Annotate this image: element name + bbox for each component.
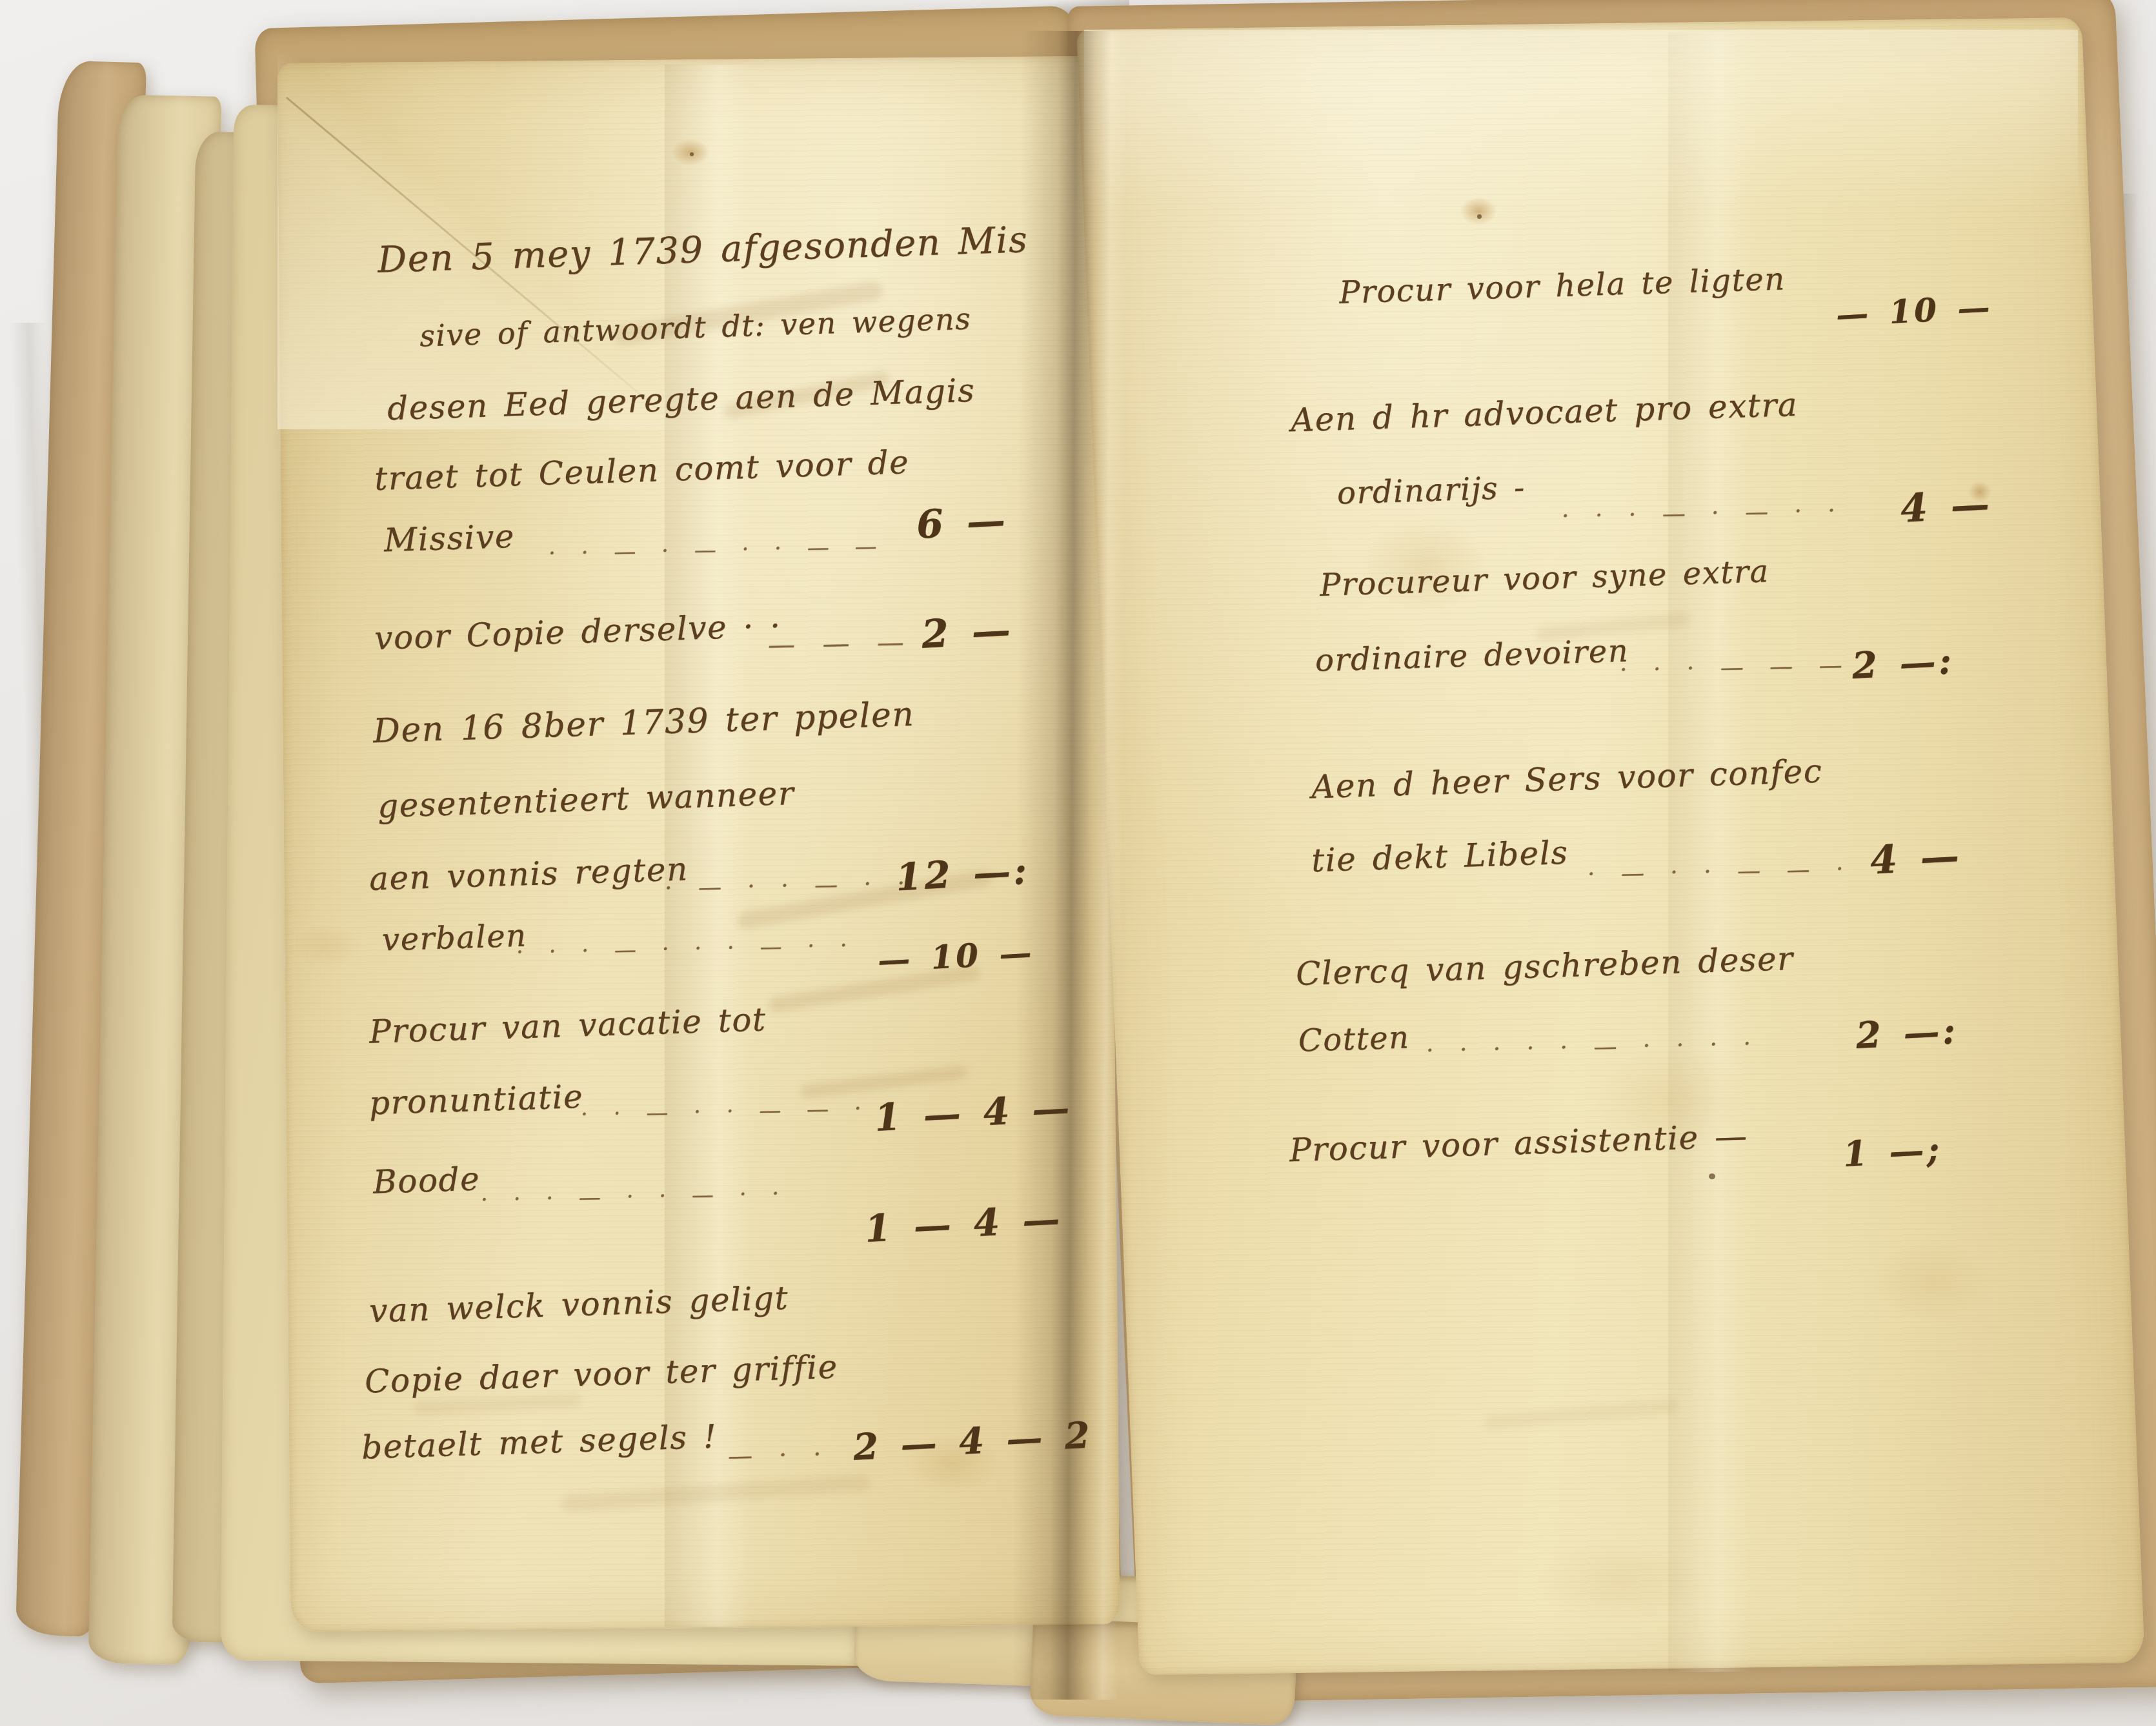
left-handwritten-line: 2 — (920, 607, 1014, 657)
right-handwritten-line: · — · · — — · (1587, 856, 1851, 888)
right-handwritten-line: Aen d heer Sers voor confec (1311, 753, 1823, 806)
right-handwritten-line: tie dekt Libels (1311, 834, 1569, 879)
left-handwritten-line: traet tot Ceulen comt voor de (374, 443, 910, 498)
left-handwritten-line: 12 —: (894, 849, 1031, 900)
left-handwritten-line: — · · (728, 1439, 829, 1470)
right-handwritten-line: 2 —: (1851, 640, 1955, 687)
right-handwritten-line: Procureur voor syne extra (1319, 553, 1769, 604)
left-handwritten-line: aen vonnis regten (368, 850, 689, 898)
right-handwritten-line: · · · · · — · · · · (1426, 1031, 1758, 1064)
left-handwritten-line: 6 — (915, 498, 1009, 547)
handwriting-layer: Den 5 mey 1739 afgesonden Missive of ant… (0, 0, 2156, 1726)
right-handwritten-line: 4 — (1869, 833, 1962, 883)
left-handwritten-line: pronuntiatie (368, 1078, 584, 1122)
left-handwritten-line: 2 — 4 — 2 (852, 1414, 1094, 1468)
right-handwritten-line: 4 — (1899, 482, 1993, 531)
left-handwritten-line: van welck vonnis geligt (368, 1279, 789, 1330)
left-handwritten-line: Den 5 mey 1739 afgesonden Mis (377, 219, 1029, 281)
left-handwritten-line: sive of antwoordt dt: ven wegens (419, 301, 972, 354)
left-handwritten-line: desen Eed geregte aen de Magis (387, 372, 976, 428)
right-handwritten-line: Cotten (1298, 1019, 1410, 1059)
right-handwritten-line: Procur voor hela te ligten (1338, 261, 1786, 311)
left-handwritten-line: 1 — 4 — (863, 1197, 1063, 1251)
right-handwritten-line: ordinarijs - (1336, 469, 1526, 511)
manuscript-photo: Den 5 mey 1739 afgesonden Missive of ant… (0, 0, 2156, 1726)
left-handwritten-line: gesententieert wanneer (377, 775, 795, 825)
left-handwritten-line: verbalen (381, 917, 527, 958)
left-handwritten-line: Boode (372, 1160, 481, 1201)
left-handwritten-line: · · — · · — — · (581, 1095, 869, 1127)
left-handwritten-line: Den 16 8ber 1739 ter ppelen (372, 695, 915, 751)
left-handwritten-line: · · — · — · · — — (549, 534, 884, 567)
right-handwritten-line: · · · — · — · · (1562, 497, 1843, 529)
left-handwritten-line: — 10 — (877, 933, 1035, 980)
left-handwritten-line: betaelt met segels ! (361, 1417, 718, 1466)
right-handwritten-line: 2 —: (1855, 1010, 1959, 1057)
left-handwritten-line: voor Copie derselve · · (374, 607, 781, 657)
left-handwritten-line: 1 — 4 — (873, 1086, 1073, 1140)
left-handwritten-line: · — · · — · · (665, 870, 912, 902)
right-handwritten-line: Clercq van gschreben deser (1295, 940, 1794, 993)
left-handwritten-line: Copie daer voor ter griffie (364, 1348, 838, 1400)
left-handwritten-line: Missive (383, 518, 516, 559)
right-handwritten-line: 1 —; (1842, 1128, 1942, 1175)
right-handwritten-line: — 10 — (1835, 288, 1993, 334)
left-handwritten-line: · · · — · · · — · · (516, 933, 854, 966)
right-handwritten-line: ordinaire devoiren (1315, 633, 1629, 678)
left-handwritten-line: — — — (768, 626, 912, 661)
right-handwritten-line: · · · — — — (1620, 652, 1849, 683)
right-handwritten-line: Procur voor assistentie — (1289, 1117, 1748, 1169)
left-handwritten-line: Procur van vacatie tot (368, 1000, 767, 1050)
right-handwritten-line: Aen d hr advocaet pro extra (1290, 386, 1798, 440)
left-handwritten-line: · · · — · · — · · (481, 1181, 787, 1213)
